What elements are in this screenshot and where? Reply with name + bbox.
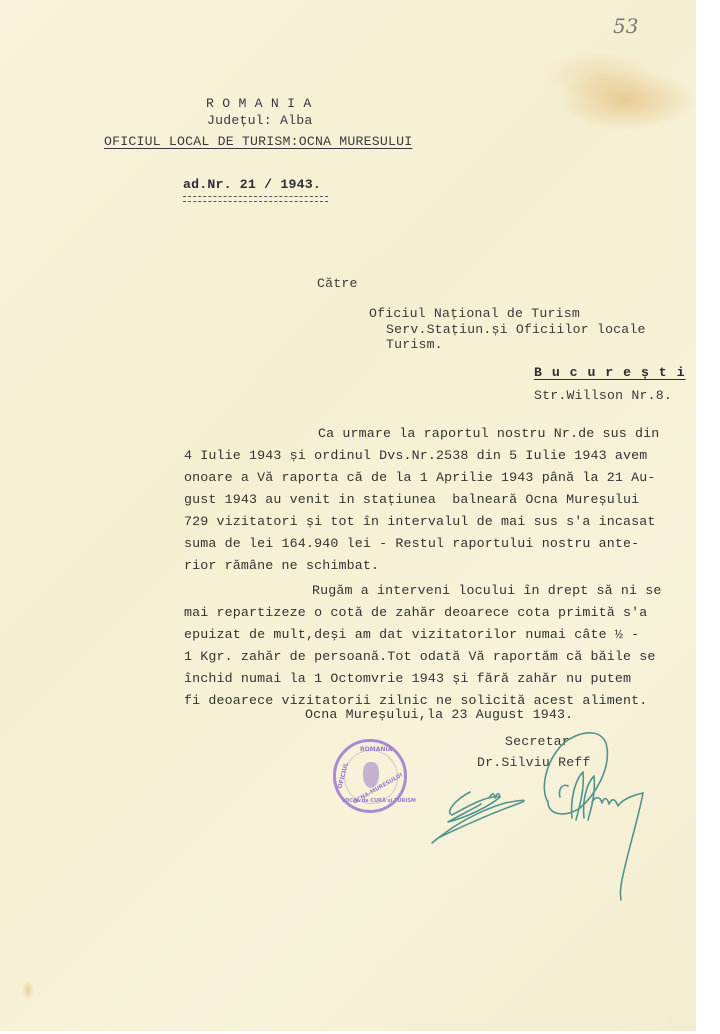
handwritten-signature (0, 0, 696, 1031)
document-page: 53 R O M A N I A Județul: Alba OFICIUL L… (0, 0, 696, 1031)
